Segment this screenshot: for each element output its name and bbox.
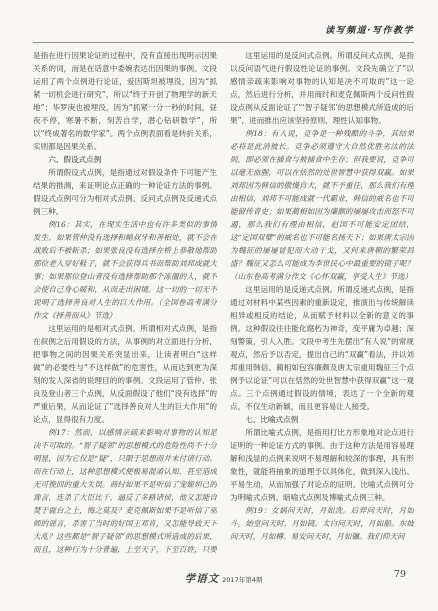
journal-name: 学语文 [185,573,220,585]
header-divider [33,42,414,43]
section-heading-metaphor: 七、比喻式点例 [230,413,414,426]
column-header-title: 读写频道·写作教学 [33,24,414,39]
section-heading-hypothetical: 六、假设式点例 [33,153,217,166]
page-number: 79 [394,569,406,580]
paragraph-causal-continued: 是指在进行因果论证的过程中，没有直接出现明示因果关系的词，而是在话意中委婉表达出… [33,49,217,153]
paragraph-hypothetical-definition: 所谓假设式点例，是指通过对假设条件下可能产生结果的推测，来证明论点正确的一种论证… [33,166,217,218]
paragraph-relative-analysis: 这里运用的是相对式点例。所谓相对式点例，是指在叙例之后用假设的方法，从事例的对立… [33,322,217,426]
journal-page: 读写频道·写作教学 是指在进行因果论证的过程中，没有直接出现明示因果关系的词，而… [0,0,438,611]
right-column: 这里运用的是反问式点例。所谓反问式点例，是指以反问语气进行假设性论证的事例。文段… [230,49,414,557]
left-column: 是指在进行因果论证的过程中，没有直接出现明示因果关系的词，而是在话意中委婉表达出… [33,49,217,557]
paragraph-rhetorical-analysis: 这里运用的是反问式点例。所谓反问式点例，是指以反问语气进行假设性论证的事例。文段… [230,49,414,127]
example-16-paragraph: 例16：其实，在现实生活中也有许多类似的事情发生。如果管仲没有选择和鲍叔牙和善相… [33,218,217,322]
page-footer: 学语文2017年第4期 79 [33,571,414,587]
footer-journal-line: 学语文2017年第4期 [33,571,414,586]
paragraph-metaphor-definition: 所谓比喻式点例，是指用打比方形象地对论点进行证明的一种论证方式的事例。由于这种方… [230,426,414,504]
journal-issue: 2017年第4期 [222,576,262,584]
example-18-paragraph: 例18：有人说，竞争是一种残酷的斗争，其结果必将是此消彼长。竞争必须遵守大自然优… [230,127,414,283]
example-19-paragraph: 例19：女娲问天时，月如洗。后羿问天时，月如斗。始皇问天时，月如镜。太白问天时，… [230,504,414,543]
paragraph-reverse-analysis: 这里运用的是反递式点例。所谓反递式点例，是指通过对材料中某些因素的重新设定，推演… [230,283,414,413]
example-17-paragraph: 例17：然而，以感情亲疏来影响对事物的认知是决不可取的。“智子疑邻”的思想模式的… [33,426,217,557]
two-column-text-area: 是指在进行因果论证的过程中，没有直接出现明示因果关系的词，而是在话意中委婉表达出… [33,49,414,557]
